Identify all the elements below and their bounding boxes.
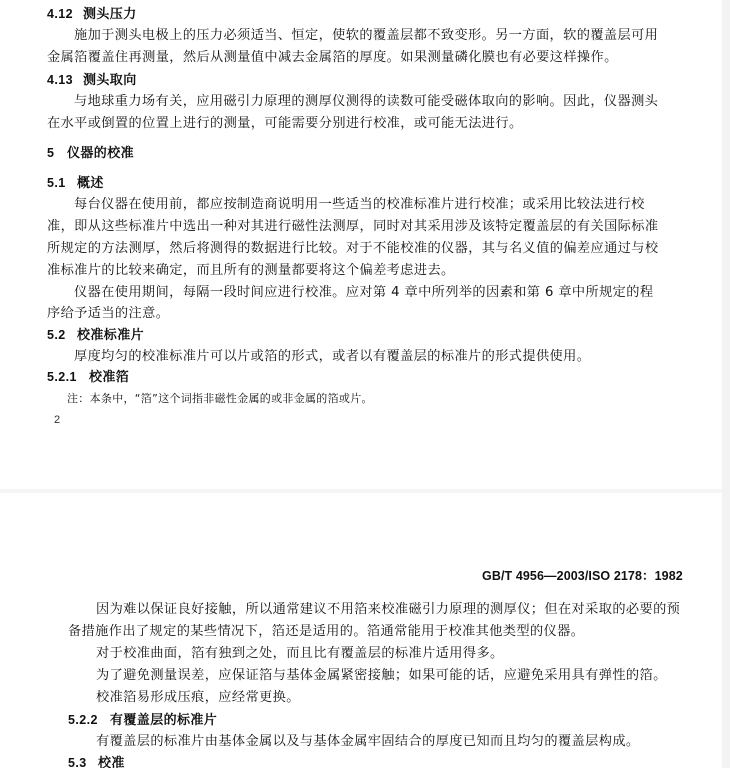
- paragraph-line: 校准箔易形成压痕，应经常更换。: [96, 690, 300, 706]
- section-heading-5: 5仪器的校准: [47, 145, 134, 162]
- note-text: 注：本条中，“箔”这个词指非磁性金属的或非金属的箔或片。: [67, 391, 373, 407]
- section-heading-4-13: 4.13测头取向: [47, 72, 137, 89]
- paragraph-line: 备措施作出了规定的某些情况下，箔还是适用的。箔通常能用于校准其他类型的仪器。: [68, 624, 584, 640]
- paragraph-line: 每台仪器在使用前，都应按制造商说明用一些适当的校准标准片进行校准；或采用比较法进…: [74, 197, 645, 213]
- paragraph-line: 为了避免测量误差，应保证箔与基体金属紧密接触；如果可能的话，应避免采用具有弹性的…: [96, 668, 667, 684]
- page-3: GB/T 4956—2003/ISO 2178：1982 因为难以保证良好接触，…: [0, 493, 722, 768]
- section-heading-5-2-2: 5.2.2有覆盖层的标准片: [68, 712, 217, 729]
- paragraph-line: 对于校准曲面，箔有独到之处，而且比有覆盖层的标准片适用得多。: [96, 646, 504, 662]
- paragraph-line: 与地球重力场有关，应用磁引力原理的测厚仪测得的读数可能受磁体取向的影响。因此，仪…: [74, 94, 658, 110]
- paragraph-line: 厚度均匀的校准标准片可以片或箔的形式，或者以有覆盖层的标准片的形式提供使用。: [74, 349, 590, 365]
- section-heading-4-12: 4.12测头压力: [47, 6, 137, 23]
- paragraph-line: 在水平或倒置的位置上进行的测量，可能需要分别进行校准，或可能无法进行。: [47, 116, 523, 132]
- standard-code-header: GB/T 4956—2003/ISO 2178：1982: [482, 566, 683, 584]
- paragraph-line: 有覆盖层的标准片由基体金属以及与基体金属牢固结合的厚度已知而且均匀的覆盖层构成。: [96, 734, 640, 750]
- section-heading-5-1: 5.1概述: [47, 175, 104, 192]
- scrollbar-track[interactable]: [722, 0, 730, 768]
- paragraph-line: 所规定的方法测厚，然后将测得的数据进行比较。对于不能校准的仪器，其与名义值的偏差…: [47, 241, 658, 257]
- section-heading-5-2-1: 5.2.1校准箔: [47, 369, 129, 386]
- paragraph-line: 准标准片的比较来确定，而且所有的测量都要将这个偏差考虑进去。: [47, 263, 455, 279]
- paragraph-line: 序给予适当的注意。: [47, 306, 169, 322]
- section-heading-5-3: 5.3校准: [68, 755, 125, 768]
- section-heading-5-2: 5.2校准标准片: [47, 327, 144, 344]
- paragraph-line: 准，即从这些标准片中选出一种对其进行磁性法测厚，同时对其采用涉及该特定覆盖层的有…: [47, 219, 658, 235]
- page-number: 2: [54, 412, 61, 428]
- paragraph-line: 金属箔覆盖住再测量，然后从测量值中减去金属箔的厚度。如果测量磷化膜也有必要这样操…: [47, 50, 618, 66]
- page-2: 4.12测头压力 施加于测头电极上的压力必须适当、恒定，使软的覆盖层都不致变形。…: [0, 0, 722, 489]
- paragraph-line: 仪器在使用期间，每隔一段时间应进行校准。应对第 4 章中所列举的因素和第 6 章…: [74, 285, 653, 301]
- paragraph-line: 施加于测头电极上的压力必须适当、恒定，使软的覆盖层都不致变形。另一方面，软的覆盖…: [74, 28, 658, 44]
- document-viewer[interactable]: 4.12测头压力 施加于测头电极上的压力必须适当、恒定，使软的覆盖层都不致变形。…: [0, 0, 730, 768]
- paragraph-line: 因为难以保证良好接触，所以通常建议不用箔来校准磁引力原理的测厚仪；但在对采取的必…: [96, 602, 680, 618]
